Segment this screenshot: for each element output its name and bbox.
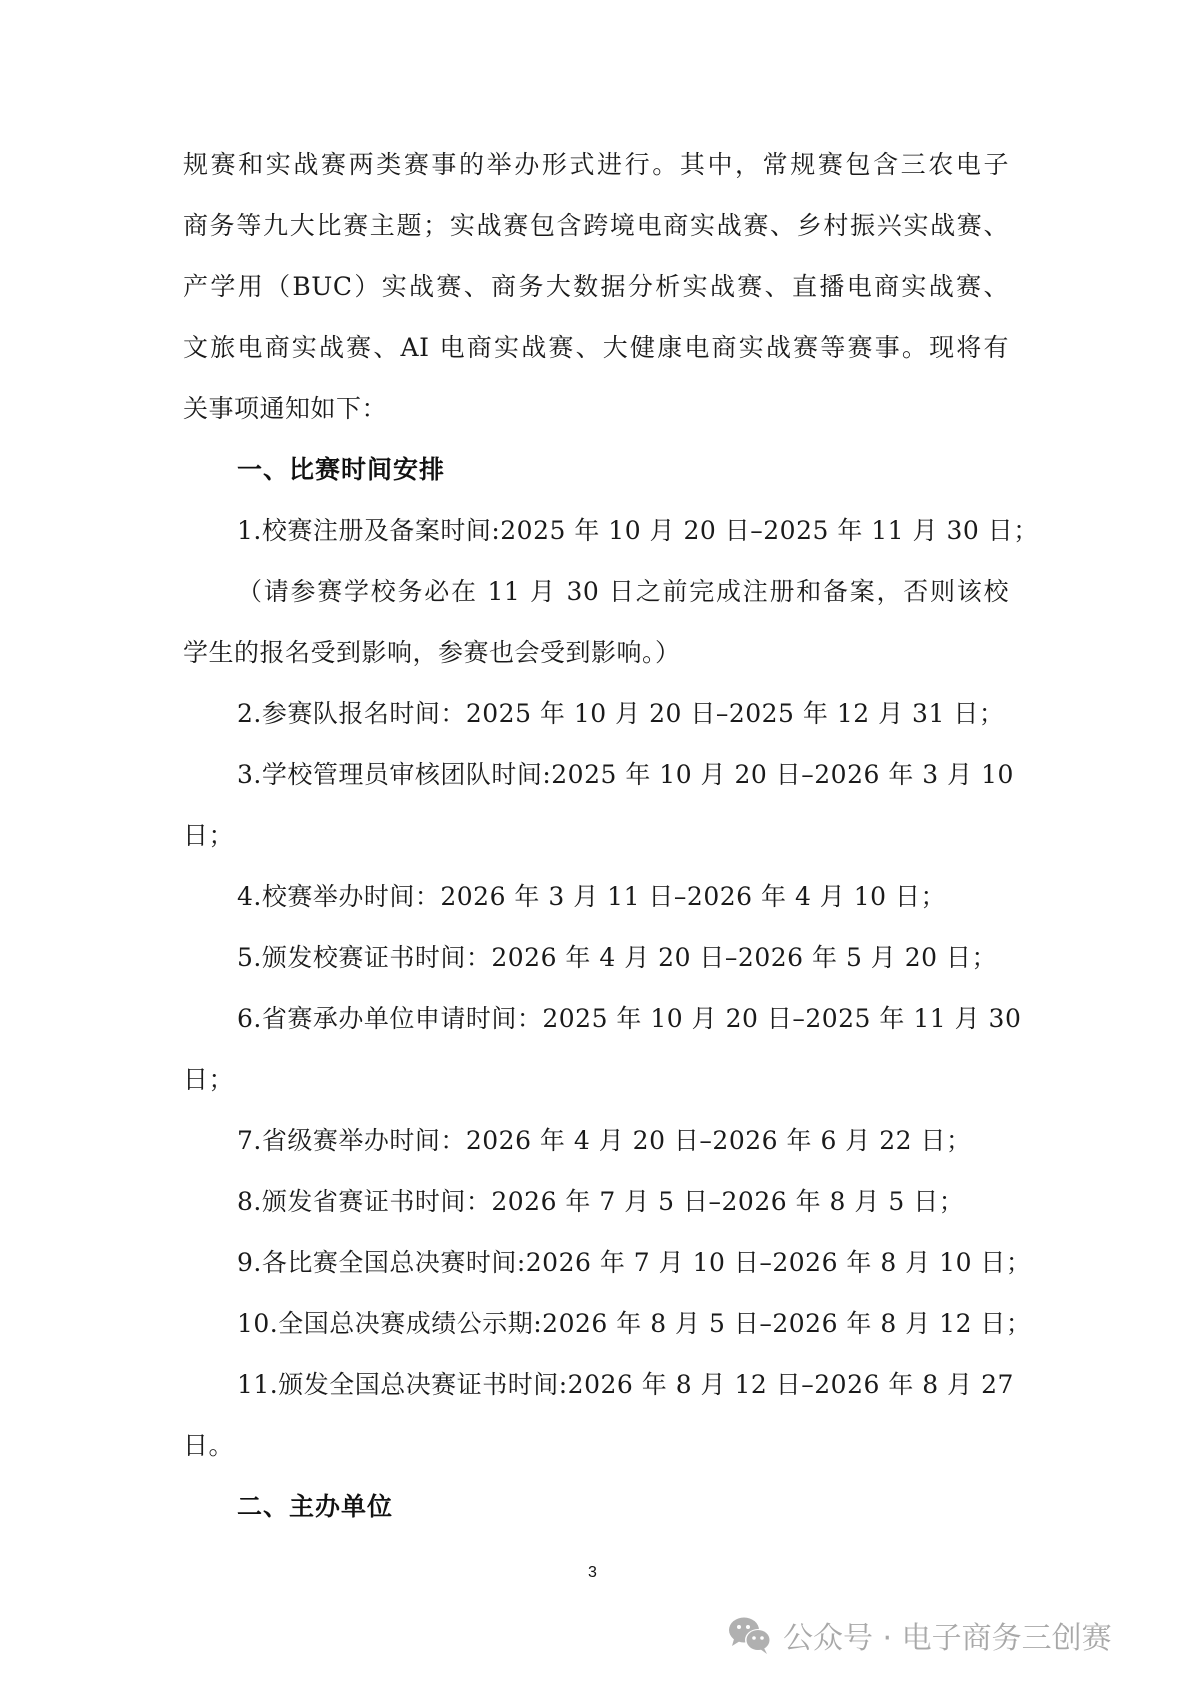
document-page: 规赛和实战赛两类赛事的举办形式进行。其中，常规赛包含三农电子 商务等九大比赛主题… [0,0,1190,1683]
wechat-icon [727,1615,773,1655]
intro-line-3: 产学用（BUC）实战赛、商务大数据分析实战赛、直播电商实战赛、 [183,267,1009,307]
intro-line-5: 关事项通知如下： [183,389,1009,429]
watermark-text: 公众号 · 电子商务三创赛 [783,1613,1112,1657]
schedule-item-8: 8.颁发省赛证书时间：2026 年 7 月 5 日–2026 年 8 月 5 日… [237,1182,1009,1222]
schedule-item-7: 7.省级赛举办时间：2026 年 4 月 20 日–2026 年 6 月 22 … [237,1121,1009,1161]
page-number: 3 [588,1564,597,1582]
schedule-item-3: 3.学校管理员审核团队时间:2025 年 10 月 20 日–2026 年 3 … [237,755,1009,795]
section-heading-schedule: 一、比赛时间安排 [237,450,445,490]
schedule-item-10: 10.全国总决赛成绩公示期:2026 年 8 月 5 日–2026 年 8 月 … [237,1304,1009,1344]
schedule-item-11-cont: 日。 [183,1426,1009,1466]
schedule-item-6-cont: 日； [183,1060,1009,1100]
schedule-item-3-cont: 日； [183,816,1009,856]
schedule-item-2: 2.参赛队报名时间：2025 年 10 月 20 日–2025 年 12 月 3… [237,694,1009,734]
schedule-item-11: 11.颁发全国总决赛证书时间:2026 年 8 月 12 日–2026 年 8 … [237,1365,1009,1405]
section-heading-organizer: 二、主办单位 [237,1487,393,1527]
intro-line-2: 商务等九大比赛主题；实战赛包含跨境电商实战赛、乡村振兴实战赛、 [183,206,1009,246]
schedule-item-5: 5.颁发校赛证书时间：2026 年 4 月 20 日–2026 年 5 月 20… [237,938,1009,978]
schedule-item-4: 4.校赛举办时间：2026 年 3 月 11 日–2026 年 4 月 10 日… [237,877,1009,917]
intro-line-1: 规赛和实战赛两类赛事的举办形式进行。其中，常规赛包含三农电子 [183,145,1009,185]
intro-line-4: 文旅电商实战赛、AI 电商实战赛、大健康电商实战赛等赛事。现将有 [183,328,1009,368]
schedule-item-6: 6.省赛承办单位申请时间：2025 年 10 月 20 日–2025 年 11 … [237,999,1009,1039]
schedule-item-1: 1.校赛注册及备案时间:2025 年 10 月 20 日–2025 年 11 月… [237,511,1009,551]
schedule-note-line-2: 学生的报名受到影响，参赛也会受到影响。） [183,633,1009,673]
schedule-note-line-1: （请参赛学校务必在 11 月 30 日之前完成注册和备案，否则该校 [237,572,1009,612]
wechat-watermark: 公众号 · 电子商务三创赛 [727,1612,1112,1658]
schedule-item-9: 9.各比赛全国总决赛时间:2026 年 7 月 10 日–2026 年 8 月 … [237,1243,1009,1283]
